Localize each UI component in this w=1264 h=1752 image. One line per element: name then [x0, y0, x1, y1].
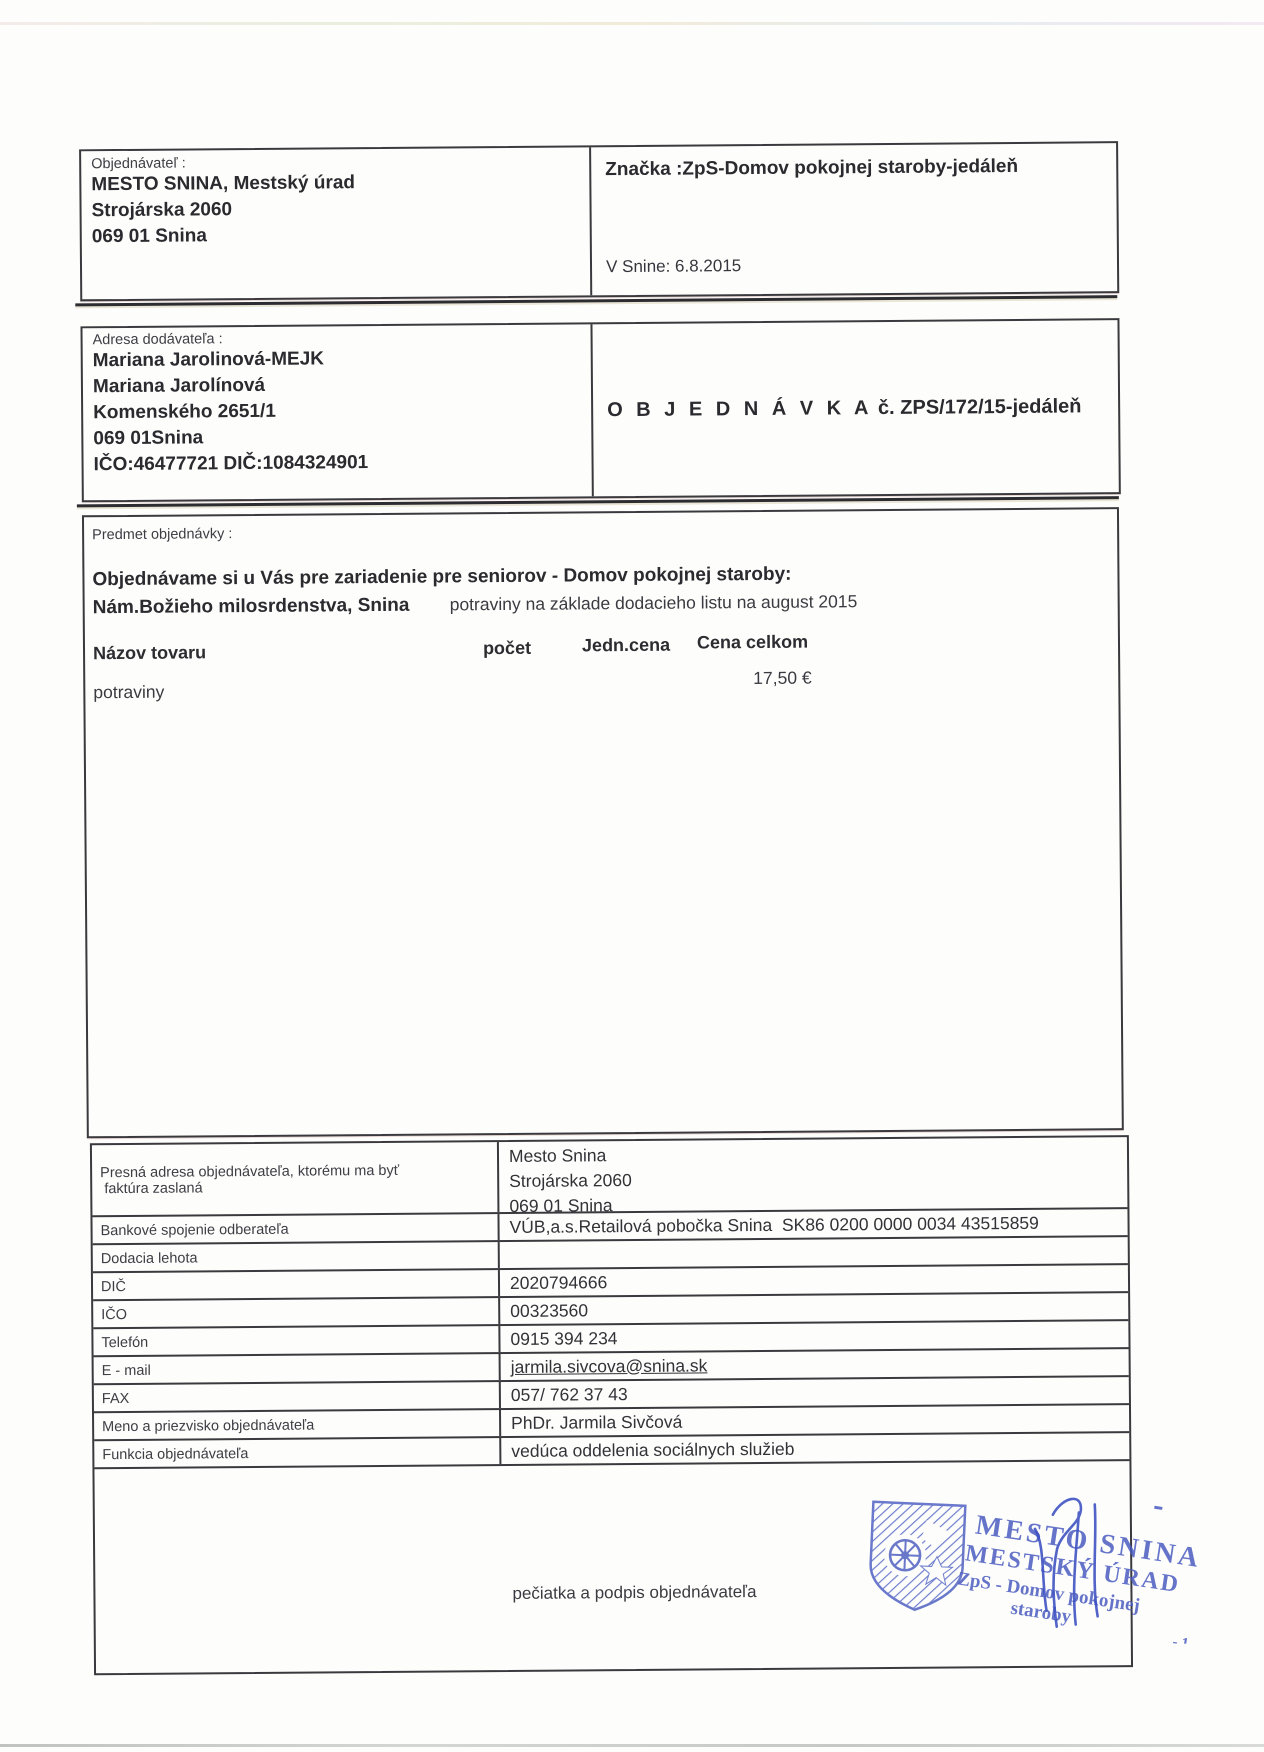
supplier-company: Mariana Jarolinová-MEJK [93, 344, 581, 374]
place-and-date: V Snine: 6.8.2015 [606, 253, 1103, 277]
row-value: Mesto Snina Strojárska 2060 069 01 Snina [499, 1137, 1128, 1212]
document-sheet: Objednávateľ : MESTO SNINA, Mestský úrad… [0, 0, 1264, 1752]
row-value: 0915 394 234 [500, 1321, 1128, 1352]
order-title-cell: O B J E D N Á V K A č. ZPS/172/15-jedále… [592, 320, 1118, 496]
supplier-cell: Adresa dodávateľa : Mariana Jarolinová-M… [82, 324, 593, 500]
item-total-price: 17,50 € [753, 668, 812, 689]
stamp-and-signature-area: pečiatka a podpis objednávateľa [94, 1461, 1131, 1673]
row-value: 057/ 762 37 43 [501, 1377, 1129, 1408]
supplier-street: Komenského 2651/1 [93, 396, 581, 426]
order-word: O B J E D N Á V K A [607, 397, 872, 421]
row-value: vedúca oddelenia sociálnych služieb [501, 1433, 1129, 1464]
row-label: Telefón [93, 1326, 500, 1355]
table-row-invoice-address: Presná adresa objednávateľa, ktorému ma … [92, 1137, 1128, 1217]
row-value: VÚB,a.s.Retailová pobočka Snina SK86 020… [499, 1209, 1127, 1240]
reference-mark: Značka :ZpS-Domov pokojnej staroby-jedál… [605, 155, 1102, 181]
row-label: Bankové spojenie odberateľa [92, 1214, 499, 1243]
row-value: 2020794666 [500, 1265, 1128, 1296]
subject-label: Predmet objednávky : [92, 526, 232, 543]
scanned-page: Objednávateľ : MESTO SNINA, Mestský úrad… [0, 0, 1264, 1752]
column-header-qty: počet [483, 638, 531, 659]
customer-mark-box: Objednávateľ : MESTO SNINA, Mestský úrad… [79, 141, 1119, 301]
item-name: potraviny [93, 682, 164, 704]
order-number: č. ZPS/172/15-jedáleň [878, 395, 1082, 419]
email-value: jarmila.sivcova@snina.sk [501, 1349, 1129, 1380]
row-label: Dodacia lehota [93, 1242, 500, 1271]
stamp-note: - 1. [1171, 1634, 1193, 1646]
row-label: Presná adresa objednávateľa, ktorému ma … [92, 1142, 500, 1215]
row-value [500, 1237, 1128, 1268]
row-label: E - mail [94, 1354, 501, 1383]
mark-cell: Značka :ZpS-Domov pokojnej staroby-jedál… [591, 143, 1117, 295]
subject-intro2-right: potraviny na základe dodacieho listu na … [450, 591, 858, 615]
subject-intro: Objednávame si u Vás pre zariadenie pre … [92, 564, 791, 591]
stamp-caption: pečiatka a podpis objednávateľa [512, 1582, 756, 1604]
supplier-name: Mariana Jarolínová [93, 370, 581, 400]
customer-name: MESTO SNINA, Mestský úrad [91, 168, 579, 198]
orderer-details-table: Presná adresa objednávateľa, ktorému ma … [90, 1135, 1133, 1675]
supplier-ico-dic: IČO:46477721 DIČ:1084324901 [93, 448, 581, 478]
row-label: Meno a priezvisko objednávateľa [94, 1410, 501, 1439]
column-header-name: Názov tovaru [93, 642, 206, 664]
row-value: PhDr. Jarmila Sivčová [501, 1405, 1129, 1436]
row-label: IČO [93, 1298, 500, 1327]
row-label: Funkcia objednávateľa [94, 1438, 501, 1467]
subject-intro2-left: Nám.Božieho milosrdenstva, Snina [93, 595, 410, 619]
row-value: 00323560 [500, 1293, 1128, 1324]
row-label: DIČ [93, 1270, 500, 1299]
customer-city: 069 01 Snina [92, 220, 580, 250]
customer-cell: Objednávateľ : MESTO SNINA, Mestský úrad… [81, 147, 592, 299]
supplier-city: 069 01Snina [93, 422, 581, 452]
customer-street: Strojárska 2060 [91, 194, 579, 224]
order-title: O B J E D N Á V K A č. ZPS/172/15-jedále… [607, 395, 1104, 422]
column-header-total: Cena celkom [697, 632, 808, 654]
order-subject-box: Predmet objednávky : Objednávame si u Vá… [82, 507, 1124, 1138]
row-label: FAX [94, 1382, 501, 1411]
column-header-unit-price: Jedn.cena [582, 635, 670, 657]
supplier-order-box: Adresa dodávateľa : Mariana Jarolinová-M… [80, 318, 1120, 502]
stamp-dot [1154, 1506, 1162, 1510]
